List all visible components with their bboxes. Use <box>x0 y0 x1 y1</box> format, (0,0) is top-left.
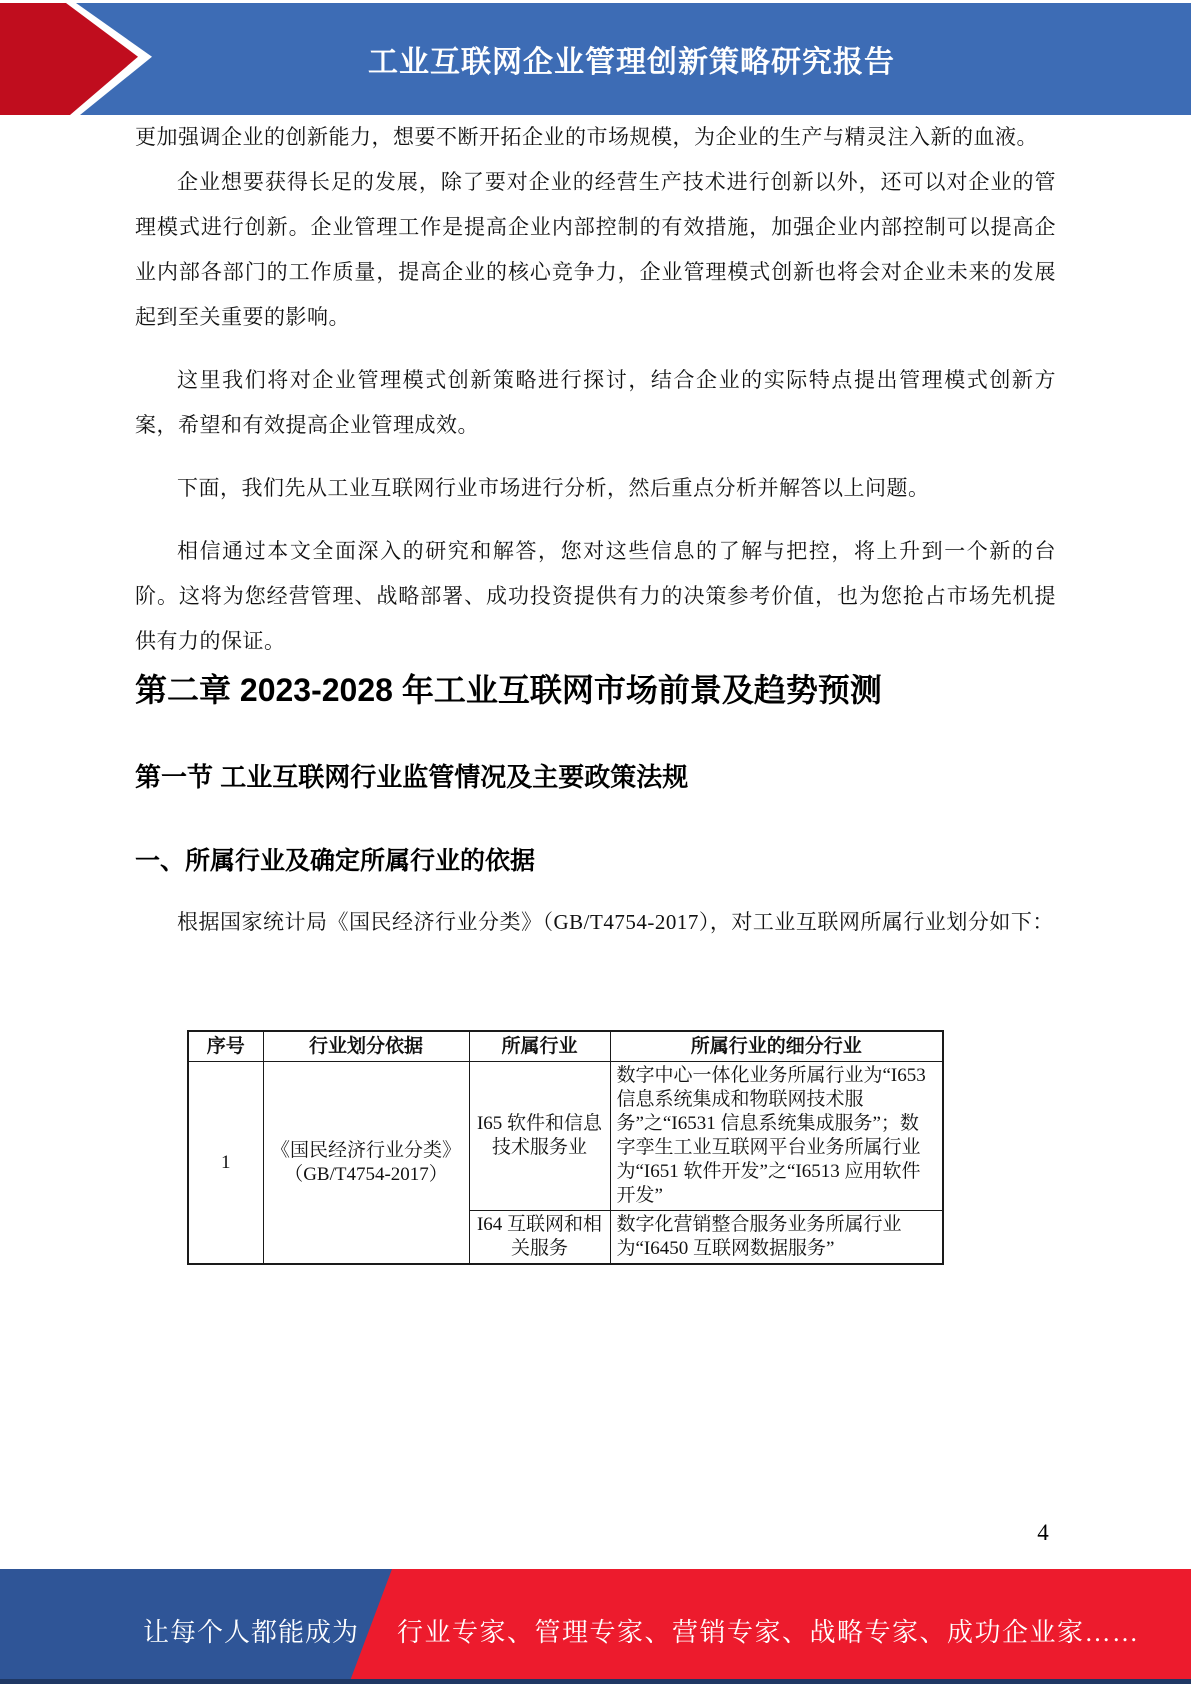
table-row: 1 《国民经济行业分类》（GB/T4754-2017） I65 软件和信息技术服… <box>188 1062 943 1211</box>
page-header-banner: 工业互联网企业管理创新策略研究报告 <box>0 3 1191 115</box>
subsection-heading: 一、所属行业及确定所属行业的依据 <box>135 844 1056 878</box>
paragraph: 这里我们将对企业管理模式创新策略进行探讨，结合企业的实际特点提出管理模式创新方案… <box>135 358 1056 448</box>
cell-industry: I64 互联网和相关服务 <box>469 1211 610 1265</box>
paragraph: 企业想要获得长足的发展，除了要对企业的经营生产技术进行创新以外，还可以对企业的管… <box>135 160 1056 340</box>
cell-industry: I65 软件和信息技术服务业 <box>469 1062 610 1211</box>
paragraph: 相信通过本文全面深入的研究和解答，您对这些信息的了解与把控，将上升到一个新的台阶… <box>135 529 1056 664</box>
page-body: 更加强调企业的创新能力，想要不断开拓企业的市场规模，为企业的生产与精灵注入新的血… <box>135 115 1056 1265</box>
table-header-subsegment: 所属行业的细分行业 <box>610 1031 943 1062</box>
table-header-basis: 行业划分依据 <box>263 1031 469 1062</box>
industry-classification-table: 序号 行业划分依据 所属行业 所属行业的细分行业 1 《国民经济行业分类》（GB… <box>187 1030 944 1265</box>
footer-slogan-right: 行业专家、管理专家、营销专家、战略专家、成功企业家…… <box>397 1612 1140 1649</box>
paragraph-continuation: 更加强调企业的创新能力，想要不断开拓企业的市场规模，为企业的生产与精灵注入新的血… <box>135 115 1056 160</box>
table-header-serial: 序号 <box>188 1031 263 1062</box>
table-header-industry: 所属行业 <box>469 1031 610 1062</box>
cell-basis: 《国民经济行业分类》（GB/T4754-2017） <box>263 1062 469 1265</box>
table-header-row: 序号 行业划分依据 所属行业 所属行业的细分行业 <box>188 1031 943 1062</box>
section-heading: 第一节 工业互联网行业监管情况及主要政策法规 <box>135 759 1056 795</box>
report-page: 工业互联网企业管理创新策略研究报告 更加强调企业的创新能力，想要不断开拓企业的市… <box>0 0 1191 1684</box>
cell-subsegment: 数字中心一体化业务所属行业为“I653 信息系统集成和物联网技术服务”之“I65… <box>610 1062 943 1211</box>
report-title: 工业互联网企业管理创新策略研究报告 <box>0 37 1191 81</box>
cell-subsegment: 数字化营销整合服务业务所属行业为“I6450 互联网数据服务” <box>610 1211 943 1265</box>
cell-serial: 1 <box>188 1062 263 1265</box>
footer-bottom-strip <box>0 1679 1191 1684</box>
paragraph: 下面，我们先从工业互联网行业市场进行分析，然后重点分析并解答以上问题。 <box>135 466 1056 511</box>
chapter-heading: 第二章 2023-2028 年工业互联网市场前景及趋势预测 <box>135 668 1056 712</box>
page-footer: 让每个人都能成为 行业专家、管理专家、营销专家、战略专家、成功企业家…… <box>0 1569 1191 1684</box>
table-intro-paragraph: 根据国家统计局《国民经济行业分类》（GB/T4754-2017），对工业互联网所… <box>135 900 1056 945</box>
page-number: 4 <box>1023 1520 1063 1546</box>
footer-slogan-left: 让每个人都能成为 <box>143 1612 359 1649</box>
